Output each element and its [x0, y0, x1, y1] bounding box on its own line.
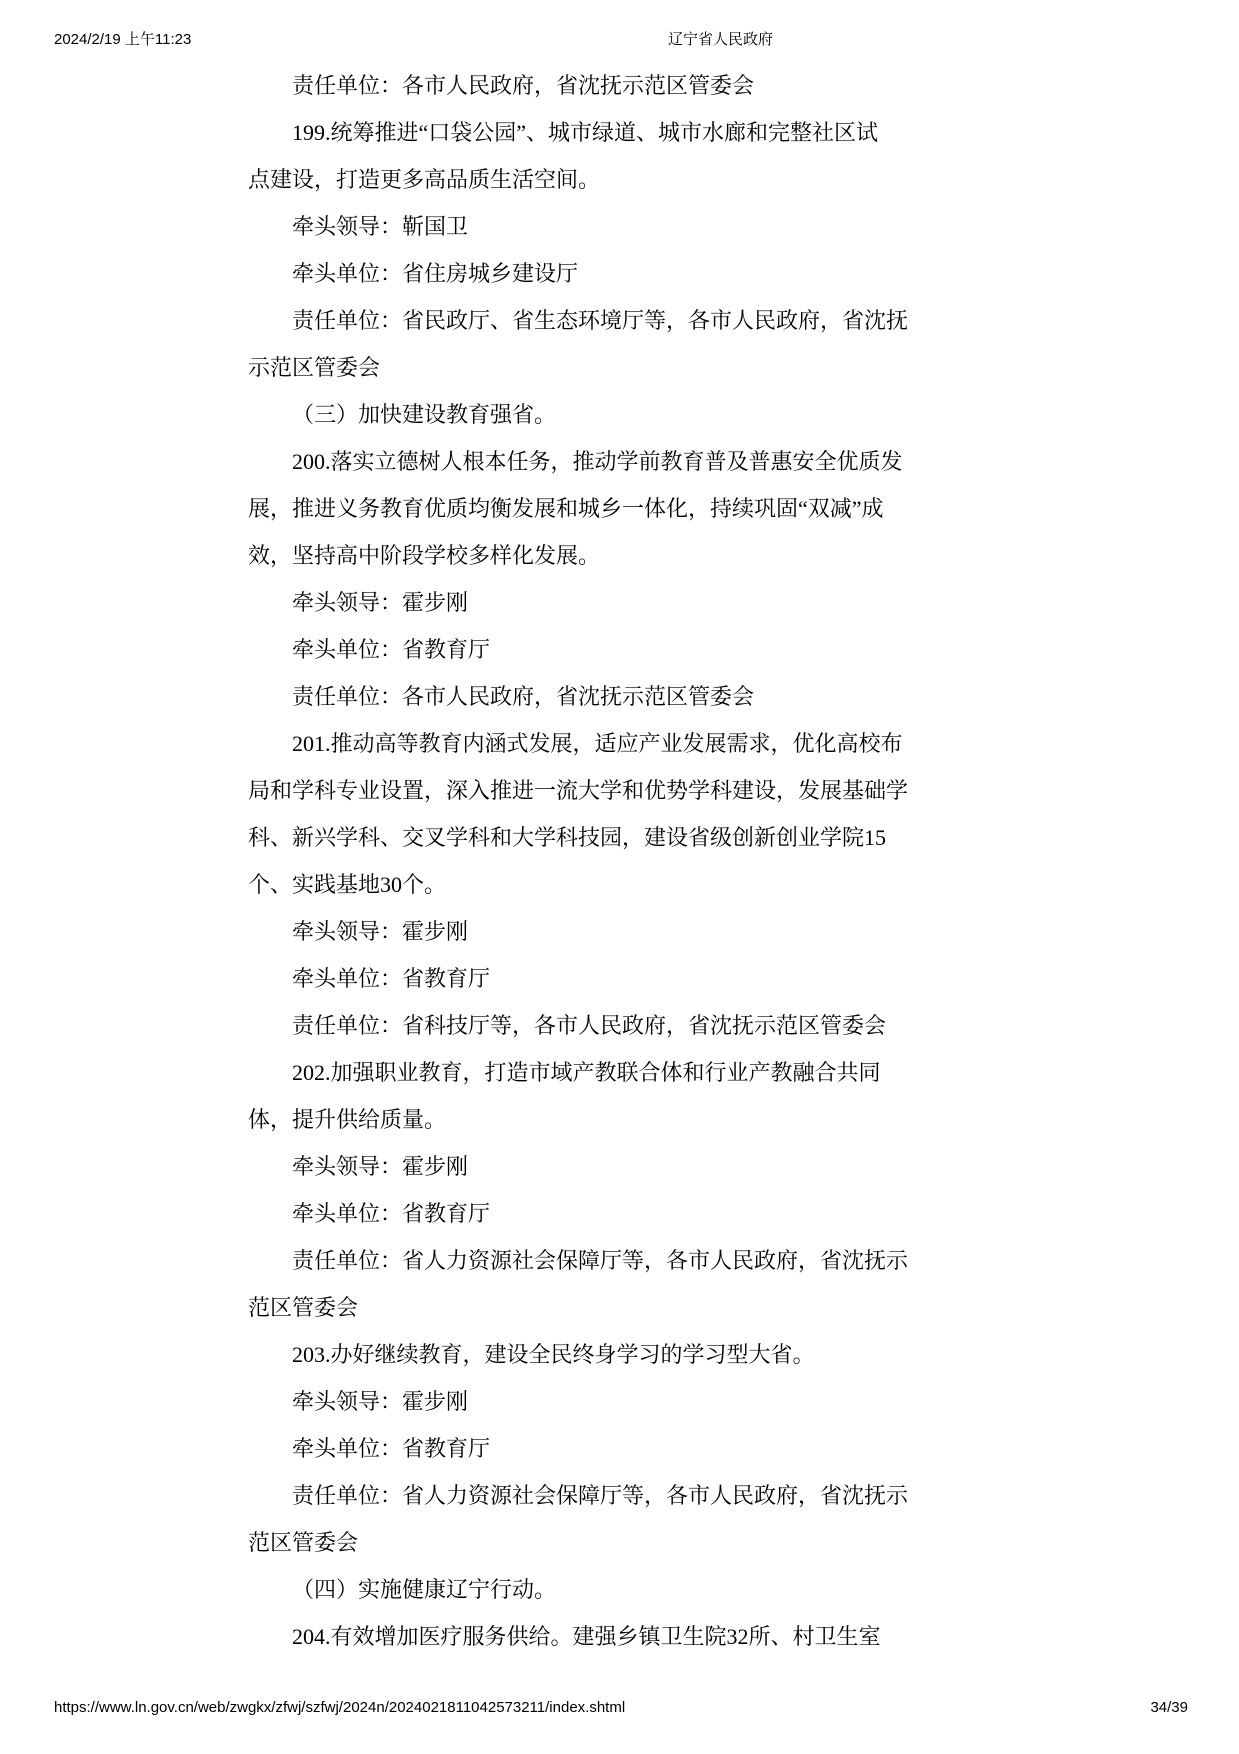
document-line: 范区管委会 — [248, 1284, 1000, 1331]
document-line: 牵头领导：霍步刚 — [248, 908, 1000, 955]
document-line: 牵头单位：省教育厅 — [248, 955, 1000, 1002]
document-line: 牵头领导：霍步刚 — [248, 1143, 1000, 1190]
document-line: 牵头单位：省住房城乡建设厅 — [248, 250, 1000, 297]
print-site-title: 辽宁省人民政府 — [668, 31, 773, 49]
document-line: 牵头领导：霍步刚 — [248, 579, 1000, 626]
document-line: 责任单位：省人力资源社会保障厅等，各市人民政府，省沈抚示 — [248, 1472, 1000, 1519]
document-line: 203.办好继续教育，建设全民终身学习的学习型大省。 — [248, 1331, 1000, 1378]
document-line: 个、实践基地30个。 — [248, 861, 1000, 908]
document-line: 牵头单位：省教育厅 — [248, 1190, 1000, 1237]
print-footer-page-indicator: 34/39 — [1150, 1699, 1188, 1717]
print-timestamp: 2024/2/19 上午11:23 — [54, 31, 191, 49]
document-line: 202.加强职业教育，打造市域产教联合体和行业产教融合共同 — [248, 1049, 1000, 1096]
print-preview-page: 2024/2/19 上午11:23 辽宁省人民政府 责任单位：各市人民政府，省沈… — [0, 0, 1239, 1754]
document-line: 牵头单位：省教育厅 — [248, 626, 1000, 673]
document-line: 201.推动高等教育内涵式发展，适应产业发展需求，优化高校布 — [248, 720, 1000, 767]
document-line: 示范区管委会 — [248, 344, 1000, 391]
document-line: 科、新兴学科、交叉学科和大学科技园，建设省级创新创业学院15 — [248, 814, 1000, 861]
document-line: 责任单位：各市人民政府，省沈抚示范区管委会 — [248, 673, 1000, 720]
document-line: 责任单位：各市人民政府，省沈抚示范区管委会 — [248, 62, 1000, 109]
document-line: 牵头单位：省教育厅 — [248, 1425, 1000, 1472]
print-footer-url: https://www.ln.gov.cn/web/zwgkx/zfwj/szf… — [54, 1699, 625, 1717]
document-line: 牵头领导：霍步刚 — [248, 1378, 1000, 1425]
document-line: （四）实施健康辽宁行动。 — [248, 1566, 1000, 1613]
document-line: 责任单位：省科技厅等，各市人民政府，省沈抚示范区管委会 — [248, 1002, 1000, 1049]
document-line: 局和学科专业设置，深入推进一流大学和优势学科建设，发展基础学 — [248, 767, 1000, 814]
document-line: 200.落实立德树人根本任务，推动学前教育普及普惠安全优质发 — [248, 438, 1000, 485]
document-line: 展，推进义务教育优质均衡发展和城乡一体化，持续巩固“双减”成 — [248, 485, 1000, 532]
document-line: 范区管委会 — [248, 1519, 1000, 1566]
document-line: 效，坚持高中阶段学校多样化发展。 — [248, 532, 1000, 579]
document-line: 牵头领导：靳国卫 — [248, 203, 1000, 250]
document-line: 责任单位：省民政厅、省生态环境厅等，各市人民政府，省沈抚 — [248, 297, 1000, 344]
document-line: 责任单位：省人力资源社会保障厅等，各市人民政府，省沈抚示 — [248, 1237, 1000, 1284]
document-line: 体，提升供给质量。 — [248, 1096, 1000, 1143]
document-line: 204.有效增加医疗服务供给。建强乡镇卫生院32所、村卫生室 — [248, 1613, 1000, 1660]
document-body: 责任单位：各市人民政府，省沈抚示范区管委会199.统筹推进“口袋公园”、城市绿道… — [248, 62, 1000, 1660]
document-line: （三）加快建设教育强省。 — [248, 391, 1000, 438]
document-line: 点建设，打造更多高品质生活空间。 — [248, 156, 1000, 203]
document-line: 199.统筹推进“口袋公园”、城市绿道、城市水廊和完整社区试 — [248, 109, 1000, 156]
